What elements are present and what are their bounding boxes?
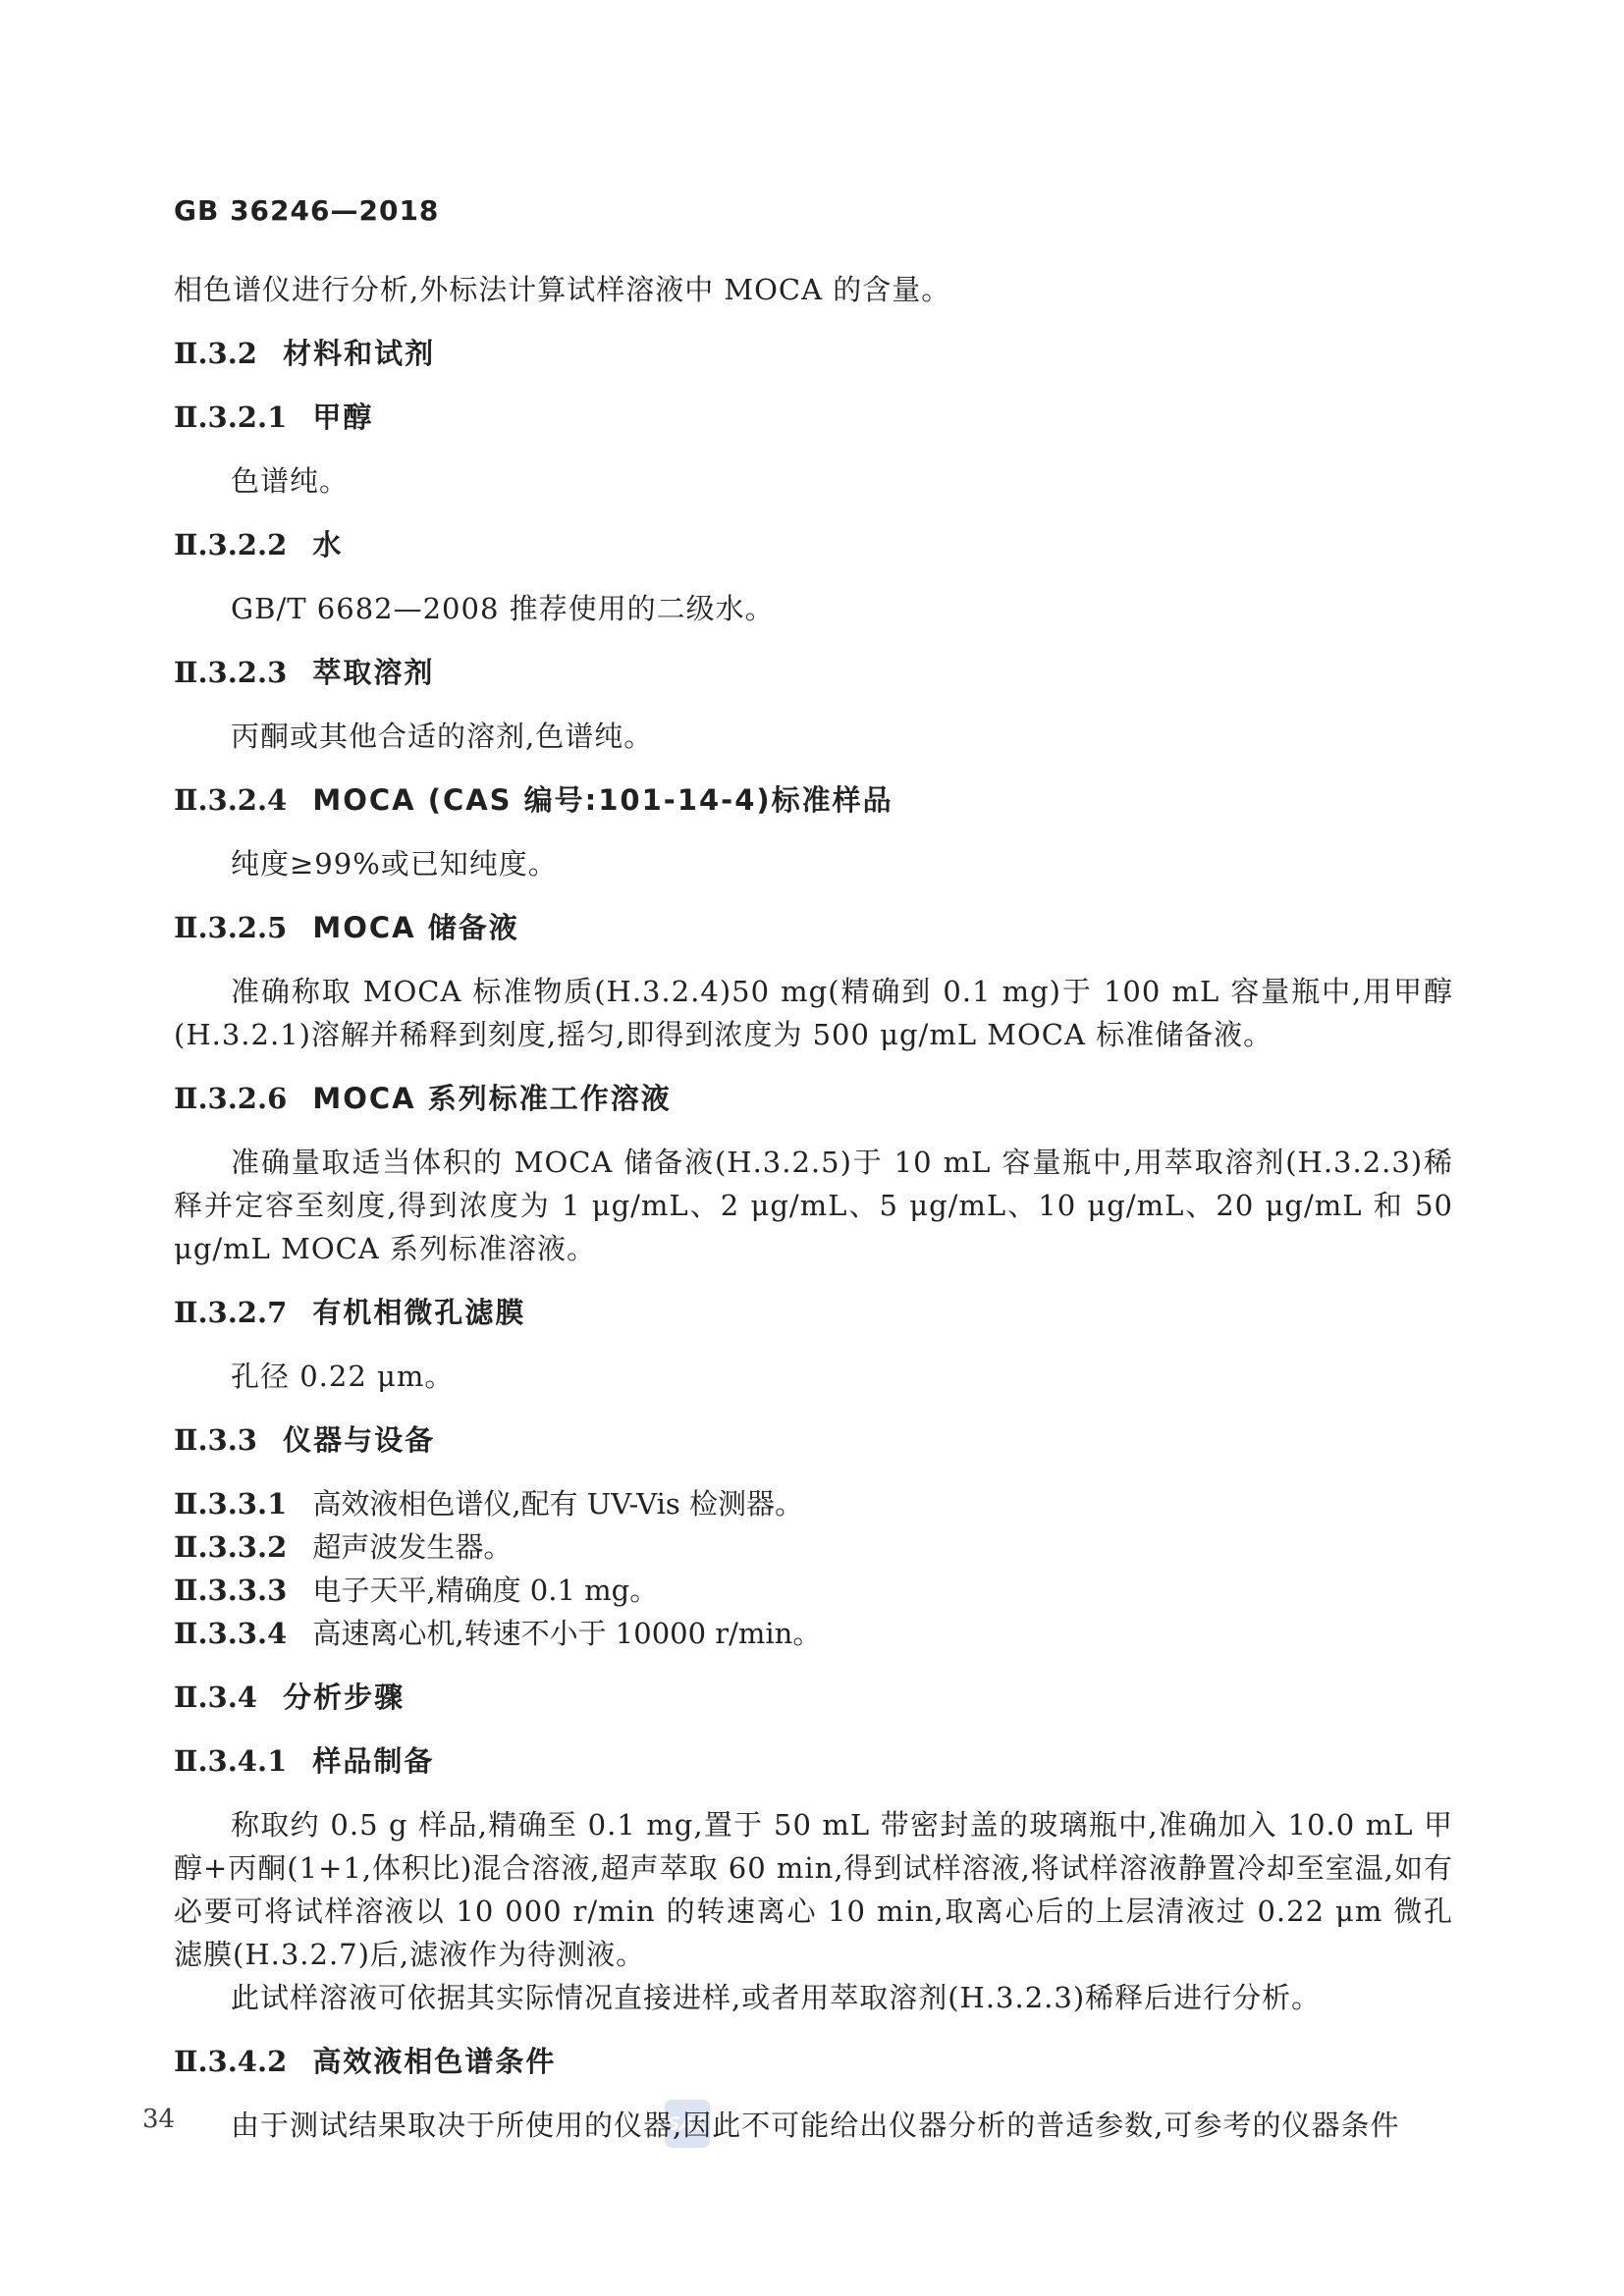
clause-number: Ⅱ.3.3.3 xyxy=(174,1574,287,1607)
section-heading: Ⅱ.3.2.2水 xyxy=(174,523,1453,566)
paragraph: 纯度≥99%或已知纯度。 xyxy=(174,842,1453,885)
heading-title: 甲醇 xyxy=(312,400,373,434)
heading-title: 萃取溶剂 xyxy=(312,656,434,689)
clause-number: Ⅱ.3.4.1 xyxy=(174,1744,287,1778)
document-page: GB 36246—2018 相色谱仪进行分析,外标法计算试样溶液中 MOCA 的… xyxy=(0,0,1624,2296)
clause-text: 高速离心机,转速不小于 10000 r/min。 xyxy=(312,1617,821,1650)
paragraph: 此试样溶液可依据其实际情况直接进样,或者用萃取溶剂(H.3.2.3)稀释后进行分… xyxy=(174,1976,1453,2019)
clause-number: Ⅱ.3.3 xyxy=(174,1423,257,1457)
heading-title: 高效液相色谱条件 xyxy=(312,2045,556,2078)
clause-item: Ⅱ.3.3.2超声波发生器。 xyxy=(174,1525,1453,1569)
heading-title: 分析步骤 xyxy=(283,1681,405,1714)
section-heading: Ⅱ.3.2.1甲醇 xyxy=(174,396,1453,439)
clause-number: Ⅱ.3.3.1 xyxy=(174,1487,287,1521)
section-heading: Ⅱ.3.4.2高效液相色谱条件 xyxy=(174,2040,1453,2083)
heading-title: 有机相微孔滤膜 xyxy=(312,1296,525,1329)
paragraph: 准确量取适当体积的 MOCA 储备液(H.3.2.5)于 10 mL 容量瓶中,… xyxy=(174,1141,1453,1270)
clause-number: Ⅱ.3.4 xyxy=(174,1681,257,1714)
paragraph: 孔径 0.22 μm。 xyxy=(174,1355,1453,1398)
clause-text: 超声波发生器。 xyxy=(312,1530,512,1564)
section-heading: Ⅱ.3.4.1样品制备 xyxy=(174,1739,1453,1783)
paragraph: GB/T 6682—2008 推荐使用的二级水。 xyxy=(174,587,1453,630)
section-heading: Ⅱ.3.2材料和试剂 xyxy=(174,332,1453,375)
section-heading: Ⅱ.3.2.4MOCA (CAS 编号:101-14-4)标准样品 xyxy=(174,778,1453,822)
section-heading: Ⅱ.3.2.7有机相微孔滤膜 xyxy=(174,1291,1453,1334)
clause-text: 电子天平,精确度 0.1 mg。 xyxy=(312,1574,658,1607)
section-heading: Ⅱ.3.3仪器与设备 xyxy=(174,1418,1453,1462)
heading-title: MOCA (CAS 编号:101-14-4)标准样品 xyxy=(312,783,893,817)
paragraph: 由于测试结果取决于所使用的仪器,因此不可能给出仪器分析的普适参数,可参考的仪器条… xyxy=(174,2104,1453,2147)
clause-number: Ⅱ.3.2.2 xyxy=(174,528,287,561)
heading-title: MOCA 储备液 xyxy=(312,911,518,944)
clause-number: Ⅱ.3.4.2 xyxy=(174,2045,287,2078)
clause-number: Ⅱ.3.2.4 xyxy=(174,783,287,817)
heading-title: 材料和试剂 xyxy=(283,337,435,370)
section-heading: Ⅱ.3.2.6MOCA 系列标准工作溶液 xyxy=(174,1077,1453,1120)
clause-number: Ⅱ.3.2.6 xyxy=(174,1082,287,1115)
clause-number: Ⅱ.3.2 xyxy=(174,337,257,370)
clause-number: Ⅱ.3.2.7 xyxy=(174,1296,287,1329)
clause-number: Ⅱ.3.2.1 xyxy=(174,400,287,434)
standard-number-header: GB 36246—2018 xyxy=(174,189,1453,233)
paragraph: 丙酮或其他合适的溶剂,色谱纯。 xyxy=(174,715,1453,758)
clause-item: Ⅱ.3.3.1高效液相色谱仪,配有 UV-Vis 检测器。 xyxy=(174,1482,1453,1525)
section-heading: Ⅱ.3.4分析步骤 xyxy=(174,1676,1453,1719)
clause-item: Ⅱ.3.3.3电子天平,精确度 0.1 mg。 xyxy=(174,1569,1453,1612)
heading-title: 仪器与设备 xyxy=(283,1423,435,1457)
clause-number: Ⅱ.3.3.2 xyxy=(174,1530,287,1564)
paragraph: 准确称取 MOCA 标准物质(H.3.2.4)50 mg(精确到 0.1 mg)… xyxy=(174,970,1453,1056)
heading-title: 水 xyxy=(312,528,343,561)
page-number: 34 xyxy=(142,2105,175,2134)
clause-item: Ⅱ.3.3.4高速离心机,转速不小于 10000 r/min。 xyxy=(174,1612,1453,1655)
heading-title: MOCA 系列标准工作溶液 xyxy=(312,1082,671,1115)
section-heading: Ⅱ.3.2.5MOCA 储备液 xyxy=(174,906,1453,949)
heading-title: 样品制备 xyxy=(312,1744,434,1778)
paragraph: 色谱纯。 xyxy=(174,459,1453,503)
clause-number: Ⅱ.3.3.4 xyxy=(174,1617,287,1650)
clause-number: Ⅱ.3.2.5 xyxy=(174,911,287,944)
section-heading: Ⅱ.3.2.3萃取溶剂 xyxy=(174,651,1453,694)
paragraph: 称取约 0.5 g 样品,精确至 0.1 mg,置于 50 mL 带密封盖的玻璃… xyxy=(174,1803,1453,1976)
document-body: GB 36246—2018 相色谱仪进行分析,外标法计算试样溶液中 MOCA 的… xyxy=(0,0,1624,2147)
clause-text: 高效液相色谱仪,配有 UV-Vis 检测器。 xyxy=(312,1487,803,1521)
paragraph: 相色谱仪进行分析,外标法计算试样溶液中 MOCA 的含量。 xyxy=(174,268,1453,311)
clause-number: Ⅱ.3.2.3 xyxy=(174,656,287,689)
